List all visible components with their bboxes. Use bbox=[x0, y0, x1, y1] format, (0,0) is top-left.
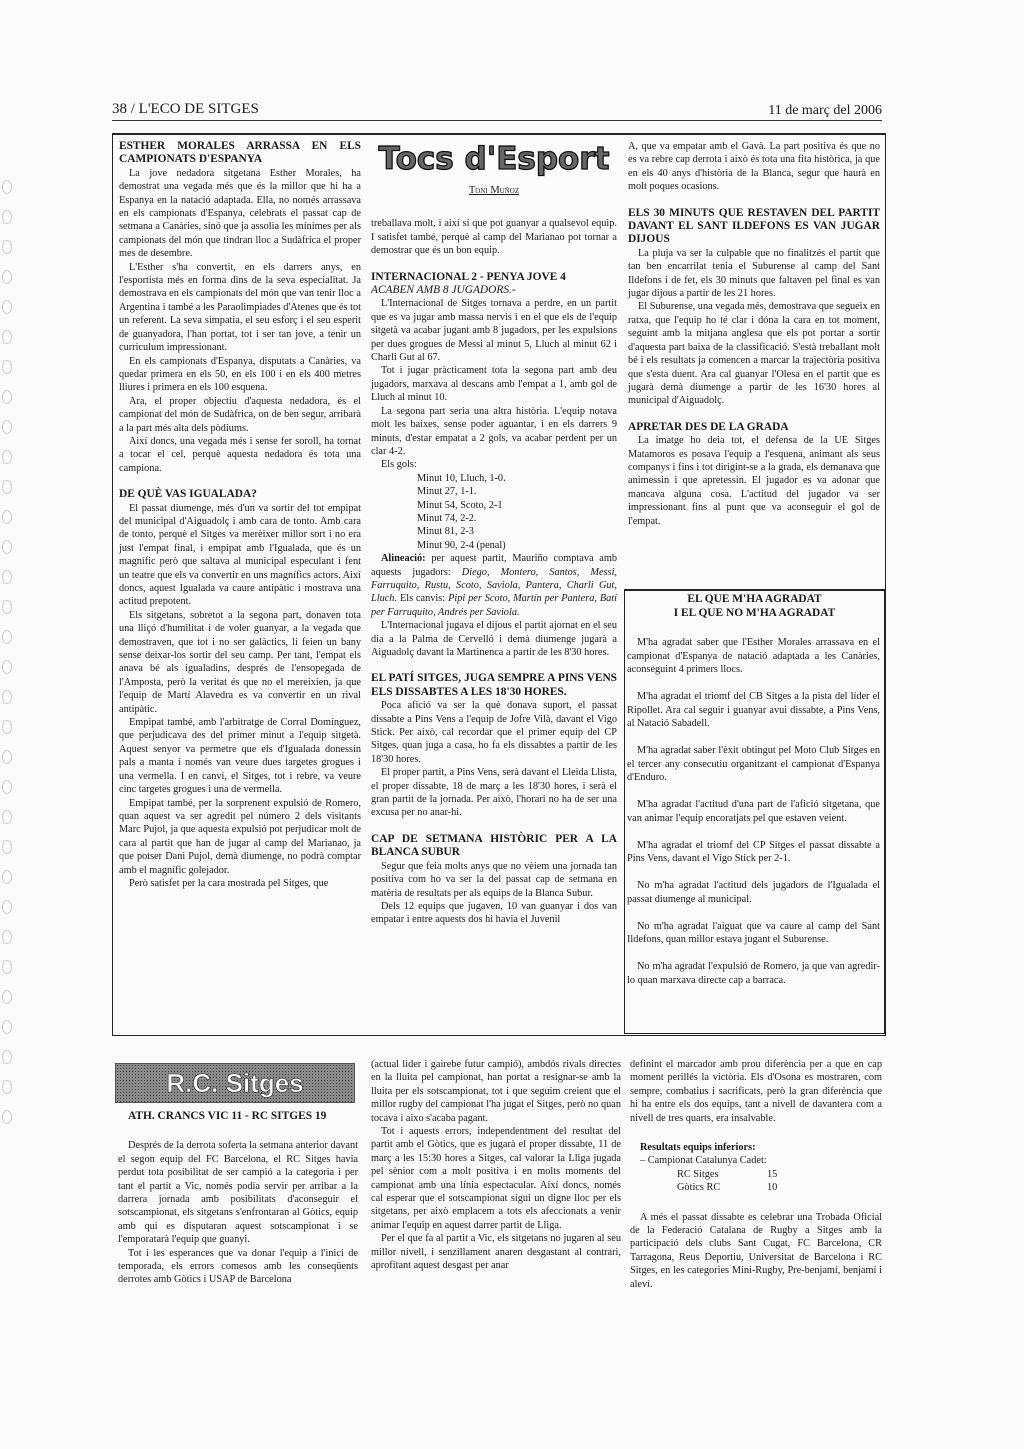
banner-title: R.C. Sitges bbox=[116, 1064, 354, 1102]
paragraph: Després de la derrota soferta la setmana… bbox=[118, 1139, 358, 1246]
match-title: ATH. CRANCS VIC 11 - RC SITGES 19 bbox=[118, 1110, 358, 1123]
column-3: A, que va empatar amb el Gavà. La part p… bbox=[628, 140, 880, 528]
opinion-item: M'ha agradat saber l'èxit obtingut pel M… bbox=[627, 744, 880, 785]
paragraph: Empipat també, amb l'arbitratge de Corra… bbox=[119, 716, 361, 796]
team-score: 10 bbox=[767, 1181, 777, 1194]
paragraph: Empipat també, per la sorprenent expulsi… bbox=[119, 797, 361, 877]
goal-item: Minut 90, 2-4 (penal) bbox=[417, 539, 617, 552]
article-heading: INTERNACIONAL 2 - PENYA JOVE 4 bbox=[371, 271, 617, 284]
opinion-items: M'ha agradat saber que l'Esther Morales … bbox=[625, 636, 884, 987]
opinion-item: M'ha agradat l'actitud d'una part de l'a… bbox=[627, 798, 880, 825]
paragraph: El proper partit, a Pins Vens, serà dava… bbox=[371, 766, 617, 820]
paragraph: Dels 12 equips que jugaven, 10 van guany… bbox=[371, 900, 617, 927]
tocs-esport-section: ESTHER MORALES ARRASSA EN ELS CAMPIONATS… bbox=[112, 133, 886, 1036]
paragraph: Així doncs, una vegada més i sense fer s… bbox=[119, 435, 361, 475]
opinion-box: EL QUE M'HA AGRADAT I EL QUE NO M'HA AGR… bbox=[624, 589, 885, 1034]
opinion-item: No m'ha agradat l'aiguat que va caure al… bbox=[627, 920, 880, 947]
opinion-item: M'ha agradat saber que l'Esther Morales … bbox=[627, 636, 880, 677]
goals-label: Els gols: bbox=[371, 458, 617, 471]
opinion-item: No m'ha agradat l'actitud dels jugadors … bbox=[627, 879, 880, 906]
article-heading: DE QUÈ VAS IGUALADA? bbox=[119, 488, 361, 501]
paragraph: L'Esther s'ha convertit, en els darrers … bbox=[119, 261, 361, 355]
page-header: 38 / L'ECO DE SITGES 11 de març del 2006 bbox=[112, 100, 882, 121]
opinion-title-line2: I EL QUE NO M'HA AGRADAT bbox=[625, 607, 884, 621]
opinion-item: No m'ha agradat l'expulsió de Romero, ja… bbox=[627, 960, 880, 987]
paragraph: A més el passat dissabte es celebrar una… bbox=[630, 1211, 882, 1291]
rugby-column-2: (actual lider i gairebe futur campió), a… bbox=[371, 1058, 621, 1273]
column-2: Tocs d'Esport Toni Muñoz treballava molt… bbox=[371, 140, 617, 927]
team-name: Gòtics RC bbox=[677, 1181, 767, 1194]
paragraph: (actual lider i gairebe futur campió), a… bbox=[371, 1058, 621, 1125]
paragraph: Poca afició va ser la què donava suport,… bbox=[371, 699, 617, 766]
paragraph: El passat diumenge, més d'un va sortir d… bbox=[119, 502, 361, 609]
team-name: RC Sitges bbox=[677, 1168, 767, 1181]
goal-item: Minut 54, Scoto, 2-1 bbox=[417, 499, 617, 512]
issue-date: 11 de març del 2006 bbox=[768, 103, 882, 119]
paragraph: treballava molt, i així sí que pot guany… bbox=[371, 217, 617, 257]
paragraph: El Suburense, una vegada més, demostrava… bbox=[628, 300, 880, 407]
paragraph: Ara, el proper objectiu d'aquesta nedado… bbox=[119, 395, 361, 435]
results-heading: Resultats equips inferiors: bbox=[630, 1141, 882, 1154]
paragraph: La jove nedadora sitgetana Esther Morale… bbox=[119, 167, 361, 261]
team-score: 15 bbox=[767, 1168, 777, 1181]
article-heading: CAP DE SETMANA HISTÒRIC PER A LA BLANCA … bbox=[371, 833, 617, 860]
paragraph: L'Internacional jugava el dijous el part… bbox=[371, 619, 617, 659]
column-1: ESTHER MORALES ARRASSA EN ELS CAMPIONATS… bbox=[119, 140, 361, 890]
result-row: RC Sitges 15 bbox=[630, 1168, 882, 1181]
article-heading: ESTHER MORALES ARRASSA EN ELS CAMPIONATS… bbox=[119, 140, 361, 167]
changes-label: Els canvis: bbox=[400, 593, 445, 604]
article-heading: ELS 30 MINUTS QUE RESTAVEN DEL PARTIT DA… bbox=[628, 207, 880, 247]
paragraph: La pluja va ser la culpable que no final… bbox=[628, 247, 880, 301]
paragraph: Tot i aquests errors, independentment de… bbox=[371, 1125, 621, 1232]
paragraph: definint el marcador amb prou diferència… bbox=[630, 1058, 882, 1125]
lineup-label: Alineació: bbox=[381, 553, 426, 564]
author-byline: Toni Muñoz bbox=[371, 184, 617, 197]
result-row: Gòtics RC 10 bbox=[630, 1181, 882, 1194]
paragraph: Però satisfet per la cara mostrada pel S… bbox=[119, 877, 361, 890]
rugby-column-3: definint el marcador amb prou diferència… bbox=[630, 1058, 882, 1291]
opinion-title-line1: EL QUE M'HA AGRADAT bbox=[625, 593, 884, 607]
paragraph: La segona part seria una altra història.… bbox=[371, 405, 617, 459]
rugby-column-1: ATH. CRANCS VIC 11 - RC SITGES 19 Despré… bbox=[118, 1110, 358, 1287]
paragraph: Segur que feia molts anys que no vèiem u… bbox=[371, 860, 617, 900]
lower-teams-results: Resultats equips inferiors: – Campionat … bbox=[630, 1141, 882, 1195]
opinion-box-title: EL QUE M'HA AGRADAT I EL QUE NO M'HA AGR… bbox=[625, 593, 884, 620]
article-heading: EL PATÍ SITGES, JUGA SEMPRE A PINS VENS … bbox=[371, 672, 617, 699]
paragraph: Tot i les esperances que va donar l'equi… bbox=[118, 1247, 358, 1287]
paragraph: Tot i jugar pràcticament tota la segona … bbox=[371, 364, 617, 404]
goal-item: Minut 10, Lluch, 1-0. bbox=[417, 472, 617, 485]
goals-list: Minut 10, Lluch, 1-0. Minut 27, 1-1. Min… bbox=[371, 472, 617, 552]
binder-holes bbox=[2, 0, 14, 1449]
goal-item: Minut 27, 1-1. bbox=[417, 485, 617, 498]
lineup-paragraph: Alineació: per aquest partit, Mauriño co… bbox=[371, 552, 617, 619]
paragraph: Els sitgetans, sobretot a la segona part… bbox=[119, 609, 361, 716]
paragraph: Per el que fa al partit a Vic, els sitge… bbox=[371, 1232, 621, 1272]
rc-sitges-banner: R.C. Sitges bbox=[115, 1063, 355, 1103]
paragraph: La imatge ho deia tot, el defensa de la … bbox=[628, 434, 880, 528]
article-heading: APRETAR DES DE LA GRADA bbox=[628, 421, 880, 434]
section-masthead: Tocs d'Esport bbox=[371, 140, 617, 180]
opinion-item: M'ha agradat el triomf del CB Sitges a l… bbox=[627, 690, 880, 731]
paragraph: L'Internacional de Sitges tornava a perd… bbox=[371, 297, 617, 364]
results-category: – Campionat Catalunya Cadet: bbox=[630, 1154, 882, 1167]
article-subheading: ACABEN AMB 8 JUGADORS.- bbox=[371, 284, 617, 297]
paragraph: A, que va empatar amb el Gavà. La part p… bbox=[628, 140, 880, 194]
goal-item: Minut 81, 2-3 bbox=[417, 525, 617, 538]
paragraph: En els campionats d'Espanya, disputats a… bbox=[119, 355, 361, 395]
opinion-item: M'ha agradat el triomf del CP Sitges el … bbox=[627, 839, 880, 866]
page-label: 38 / L'ECO DE SITGES bbox=[112, 101, 259, 118]
goal-item: Minut 74, 2-2. bbox=[417, 512, 617, 525]
